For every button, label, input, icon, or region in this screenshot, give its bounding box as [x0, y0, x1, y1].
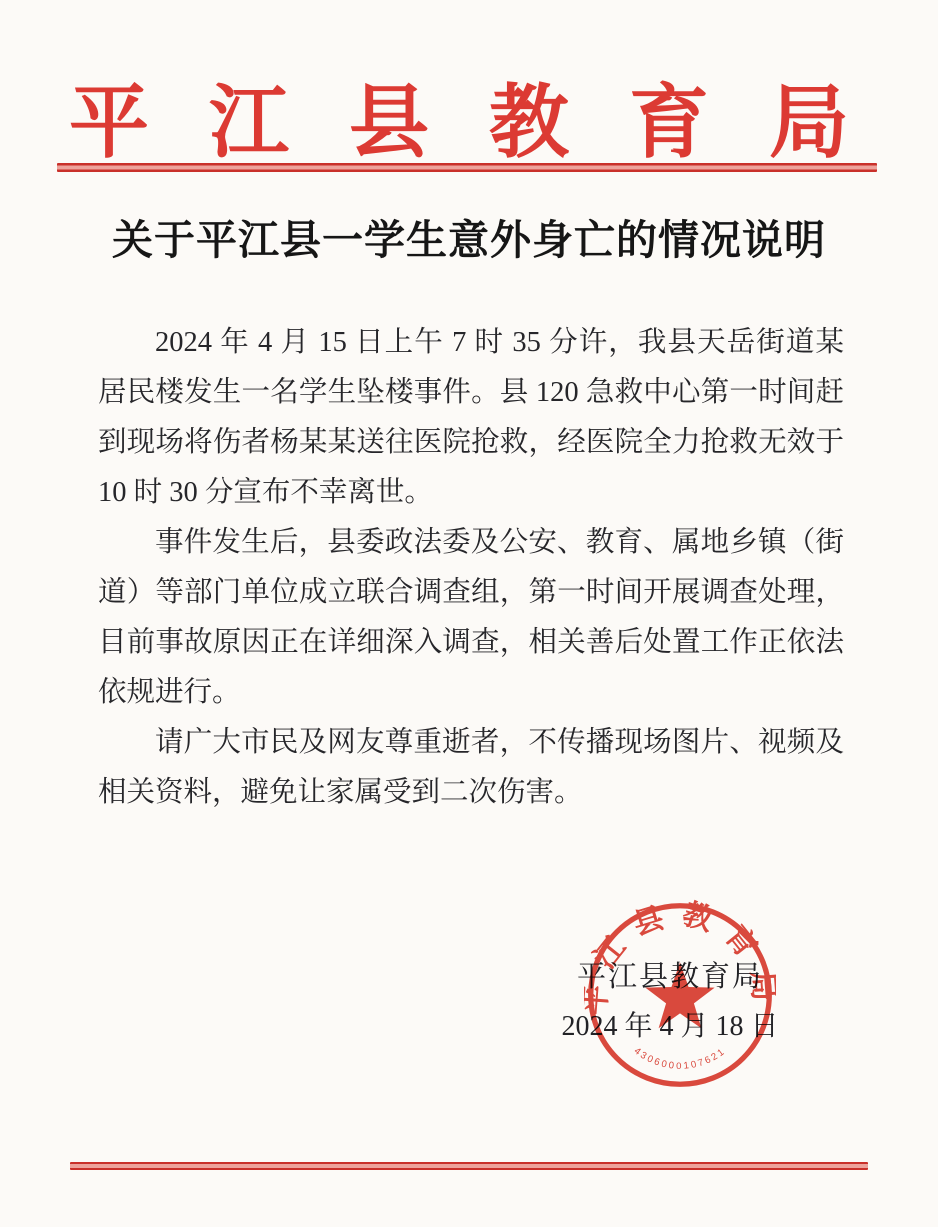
seal-code: 4306000107621 — [632, 1046, 728, 1072]
letterhead-rule — [57, 163, 877, 172]
body-paragraph-2: 事件发生后，县委政法委及公安、教育、属地乡镇（街道）等部门单位成立联合调查组，第… — [98, 518, 844, 718]
agency-letterhead: 平 江 县 教 育 局 — [0, 58, 938, 173]
document-body: 2024 年 4 月 15 日上午 7 时 35 分许，我县天岳街道某居民楼发生… — [98, 318, 844, 818]
official-document: 平 江 县 教 育 局 关于平江县一学生意外身亡的情况说明 2024 年 4 月… — [0, 0, 938, 1227]
footer-rule — [70, 1162, 868, 1170]
document-title: 关于平江县一学生意外身亡的情况说明 — [0, 207, 938, 266]
star-icon — [645, 962, 714, 1028]
official-seal: 平江县教育局 4306000107621 — [584, 899, 776, 1091]
body-paragraph-3: 请广大市民及网友尊重逝者，不传播现场图片、视频及相关资料，避免让家属受到二次伤害… — [98, 718, 844, 818]
body-paragraph-1: 2024 年 4 月 15 日上午 7 时 35 分许，我县天岳街道某居民楼发生… — [98, 318, 844, 518]
